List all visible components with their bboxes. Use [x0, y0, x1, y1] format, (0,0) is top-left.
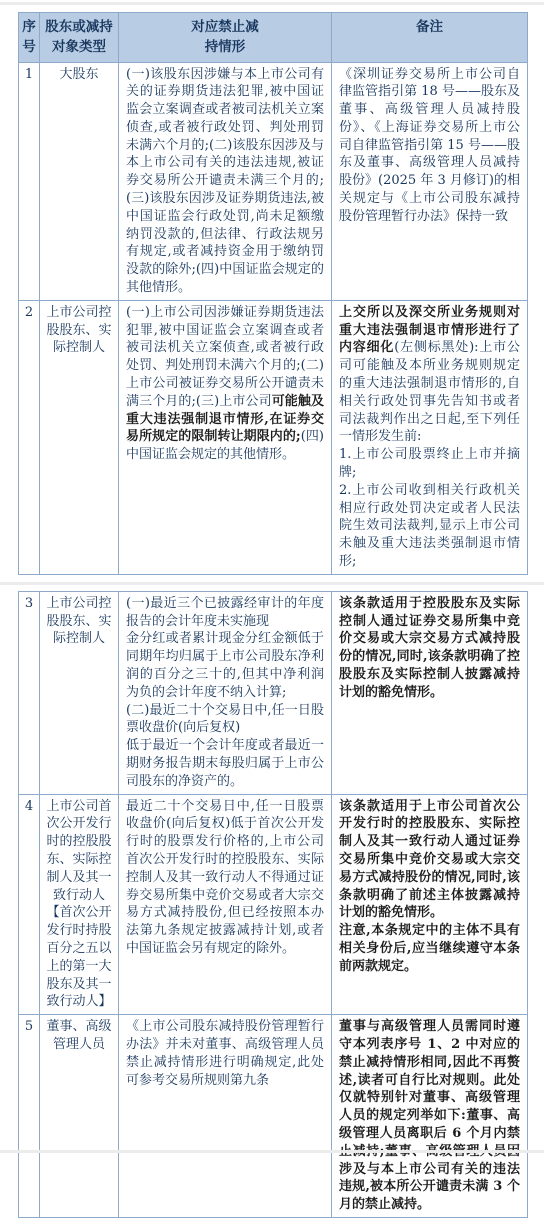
situation-cell: 《上市公司股东减持股份管理暂行办法》并未对董事、高级管理人员禁止减持情形进行明确…	[119, 1015, 332, 1218]
header-col-situation: 对应禁止减 持情形	[119, 13, 332, 63]
remark-cell: 董事与高级管理人员需同时遵守本列表序号 1、2 中对应的禁止减持情形相同,因此不…	[332, 1015, 528, 1218]
situation-cell: 最近二十个交易日中,任一日股票收盘价(向后复权)低于首次公开发行时的股票发行价格…	[119, 794, 332, 1015]
header-col-number: 序 号	[19, 13, 40, 63]
shareholder-type-cell: 大股东	[40, 62, 119, 300]
shareholder-type-cell: 董事、高级管理人员	[40, 1015, 119, 1218]
situation-cell: (一)上市公司因涉嫌证券期货违法犯罪,被中国证监会立案调查或者被司法机关立案侦查…	[119, 300, 332, 574]
shareholder-type-cell: 上市公司控股股东、实际控制人	[40, 300, 119, 574]
reduction-prohibition-table-top: 序 号 股东或减持 对象类型 对应禁止减 持情形 备注 1 大股东 (一)该股东…	[18, 12, 528, 575]
table-row: 2 上市公司控股股东、实际控制人 (一)上市公司因涉嫌证券期货违法犯罪,被中国证…	[19, 300, 528, 574]
row-number-cell: 5	[19, 1015, 40, 1218]
page-top-rule	[0, 2, 544, 5]
row-number-cell: 2	[19, 300, 40, 574]
page-bottom-rule	[0, 1150, 544, 1153]
document-sheet: 序 号 股东或减持 对象类型 对应禁止减 持情形 备注 1 大股东 (一)该股东…	[0, 0, 544, 1218]
remark-cell: 该条款适用于上市公司首次公开发行时的控股股东、实际控制人及其一致行动人通过证券交…	[332, 794, 528, 1015]
situation-cell: (一)该股东因涉嫌与本上市公司有关的证券期货违法犯罪,被中国证监会立案调查或者被…	[119, 62, 332, 300]
row-number-cell: 4	[19, 794, 40, 1015]
shareholder-type-cell: 上市公司控股股东、实际控制人	[40, 591, 119, 794]
remark-emphasis-text: 该条款适用于控股股东及实际控制人通过证券交易所集中竞价交易或大宗交易方式减持股份…	[339, 596, 520, 700]
remark-text: (左侧标黑处):上市公司可能触及本所业务规则规定的重大违法强制退市情形的,自相关…	[339, 340, 520, 569]
remark-cell: 该条款适用于控股股东及实际控制人通过证券交易所集中竞价交易或大宗交易方式减持股份…	[332, 591, 528, 794]
reduction-prohibition-table-bottom: 3 上市公司控股股东、实际控制人 (一)最近三个已披露经审计的年度报告的会计年度…	[18, 591, 528, 1218]
remark-emphasis-text: 该条款适用于上市公司首次公开发行时的控股股东、实际控制人及其一致行动人通过证券交…	[339, 799, 520, 974]
situation-cell: (一)最近三个已披露经审计的年度报告的会计年度未实施现 金分红或者累计现金分红金…	[119, 591, 332, 794]
page-mid-rule	[0, 582, 544, 585]
header-col-shareholder-type: 股东或减持 对象类型	[40, 13, 119, 63]
table-row: 4 上市公司首次公开发行时的控股股东、实际控制人及其一致行动人 【首次公开发行时…	[19, 794, 528, 1015]
row-number-cell: 1	[19, 62, 40, 300]
remark-emphasis-text: 董事与高级管理人员需同时遵守本列表序号 1、2 中对应的禁止减持情形相同,因此不…	[339, 1019, 520, 1212]
remark-cell: 上交所以及深交所业务规则对重大违法强制退市情形进行了内容细化(左侧标黑处):上市…	[332, 300, 528, 574]
header-col-remark: 备注	[332, 13, 528, 63]
row-number-cell: 3	[19, 591, 40, 794]
table-row: 1 大股东 (一)该股东因涉嫌与本上市公司有关的证券期货违法犯罪,被中国证监会立…	[19, 62, 528, 300]
table-row: 3 上市公司控股股东、实际控制人 (一)最近三个已披露经审计的年度报告的会计年度…	[19, 591, 528, 794]
shareholder-type-cell: 上市公司首次公开发行时的控股股东、实际控制人及其一致行动人 【首次公开发行时持股…	[40, 794, 119, 1015]
remark-cell: 《深圳证券交易所上市公司自律监管指引第 18 号——股东及董事、高级管理人员减持…	[332, 62, 528, 300]
table-gap	[0, 575, 544, 591]
table-row: 5 董事、高级管理人员 《上市公司股东减持股份管理暂行办法》并未对董事、高级管理…	[19, 1015, 528, 1218]
header-row: 序 号 股东或减持 对象类型 对应禁止减 持情形 备注	[19, 13, 528, 63]
